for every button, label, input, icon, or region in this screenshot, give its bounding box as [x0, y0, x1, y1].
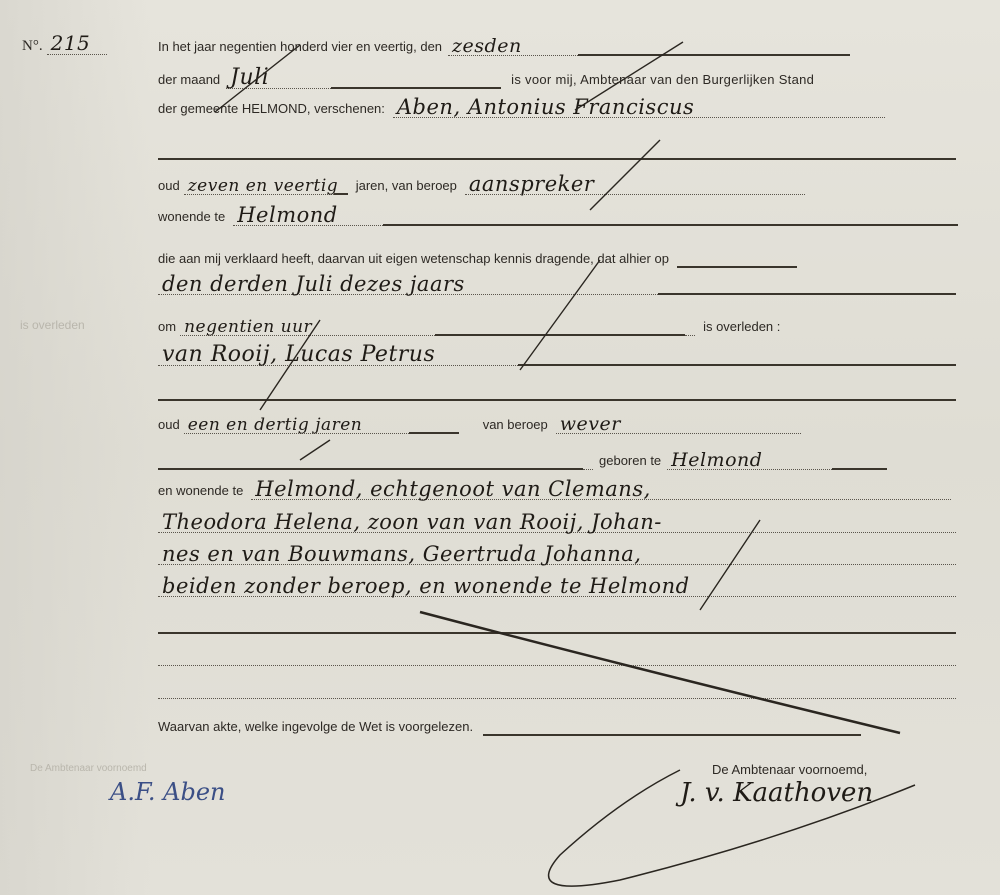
official-signature: J. v. Kaathoven	[680, 778, 873, 808]
official-label: De Ambtenaar voornoemd,	[712, 762, 867, 779]
declarant-signature: A.F. Aben	[110, 778, 226, 806]
closing-text: Waarvan akte, welke ingevolge de Wet is …	[158, 719, 473, 736]
fill-line	[483, 716, 861, 736]
closing-line: Waarvan akte, welke ingevolge de Wet is …	[158, 716, 861, 736]
document-page: is overleden De Ambtenaar voornoemd N°. …	[0, 0, 1000, 895]
strike-through-lines	[0, 0, 1000, 895]
